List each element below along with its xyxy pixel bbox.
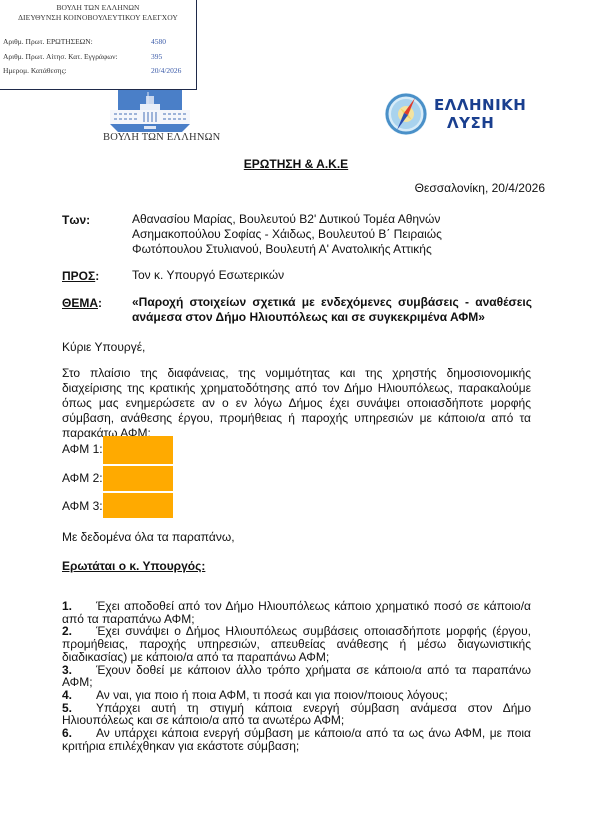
- party-name-line1: ΕΛΛΗΝΙΚΗ: [434, 96, 526, 114]
- stamp-title-line1: ΒΟΥΛΗ ΤΩΝ ΕΛΛΗΝΩΝ: [0, 3, 196, 13]
- afm-label: ΑΦΜ 1:: [62, 442, 103, 456]
- afm-label: ΑΦΜ 3:: [62, 499, 103, 513]
- stamp-value: 4580: [151, 37, 166, 46]
- place-date: Θεσσαλονίκη, 20/4/2026: [415, 181, 545, 195]
- from-line: Αθανασίου Μαρίας, Βουλευτού Β2' Δυτικού …: [132, 212, 442, 227]
- redaction-box: [103, 493, 173, 518]
- intro-paragraph: Στο πλαίσιο της διαφάνειας, της νομιμότη…: [62, 366, 531, 441]
- from-line: Ασημακοπούλου Σοφίας - Χάιδως, Βουλευτού…: [132, 227, 442, 242]
- question-text: Έχουν δοθεί με κάποιον άλλο τρόπο χρήματ…: [62, 663, 531, 690]
- compass-icon: [384, 92, 428, 136]
- stamp-row-documents-no: Αριθμ. Πρωτ. Αίτησ. Κατ. Εγγράφων: 395: [3, 52, 196, 62]
- question-text: Αν υπάρχει κάποια ενεργή σύμβαση με κάπο…: [62, 726, 531, 753]
- parliament-logo-caption: ΒΟΥΛΗ ΤΩΝ ΕΛΛΗΝΩΝ: [103, 132, 233, 143]
- question-item: 5.Υπάρχει αυτή τη στιγμή κάποια ενεργή σ…: [62, 702, 531, 727]
- question-item: 3.Έχουν δοθεί με κάποιον άλλο τρόπο χρήμ…: [62, 664, 531, 689]
- parliament-building-icon: [110, 90, 190, 132]
- question-number: 4.: [62, 689, 96, 702]
- question-item: 2.Έχει συνάψει ο Δήμος Ηλιουπόλεως συμβά…: [62, 625, 531, 663]
- stamp-label: Αριθμ. Πρωτ. Αίτησ. Κατ. Εγγράφων:: [3, 52, 118, 61]
- stamp-title: ΒΟΥΛΗ ΤΩΝ ΕΛΛΗΝΩΝ ΔΙΕΥΘΥΝΣΗ ΚΟΙΝΟΒΟΥΛΕΥΤ…: [0, 0, 196, 23]
- to-label: ΠΡΟΣ:: [62, 269, 99, 283]
- stamp-value: 20/4/2026: [151, 66, 181, 75]
- stamp-value: 395: [151, 52, 162, 61]
- stamp-label: Ημερομ. Κατάθεσης:: [3, 66, 67, 75]
- question-text: Υπάρχει αυτή τη στιγμή κάποια ενεργή σύμ…: [62, 701, 531, 728]
- from-label: Των:: [62, 213, 90, 227]
- question-text: Έχει συνάψει ο Δήμος Ηλιουπόλεως συμβάσε…: [62, 624, 531, 663]
- question-text: Έχει αποδοθεί από τον Δήμο Ηλιουπόλεως κ…: [62, 599, 531, 626]
- to-label-text: ΠΡΟΣ: [62, 269, 95, 283]
- question-item: 6.Αν υπάρχει κάποια ενεργή σύμβαση με κά…: [62, 727, 531, 752]
- salutation: Κύριε Υπουργέ,: [62, 340, 531, 355]
- subject-label-colon: :: [98, 296, 102, 310]
- subject-label: ΘΕΜΑ:: [62, 296, 102, 310]
- party-name-line2: ΛΥΣΗ: [447, 114, 494, 132]
- redaction-box: [103, 466, 173, 491]
- document-title: ΕΡΩΤΗΣΗ & Α.Κ.Ε: [0, 157, 592, 171]
- transition-sentence: Με δεδομένα όλα τα παραπάνω,: [62, 530, 531, 545]
- subject-label-text: ΘΕΜΑ: [62, 296, 98, 310]
- redaction-box: [103, 436, 173, 464]
- question-item: 1.Έχει αποδοθεί από τον Δήμο Ηλιουπόλεως…: [62, 600, 531, 625]
- afm-label: ΑΦΜ 2:: [62, 471, 103, 485]
- stamp-row-questions-no: Αριθμ. Πρωτ. ΕΡΩΤΗΣΕΩΝ: 4580: [3, 37, 196, 47]
- stamp-row-filing-date: Ημερομ. Κατάθεσης: 20/4/2026: [3, 66, 196, 76]
- stamp-title-line2: ΔΙΕΥΘΥΝΣΗ ΚΟΙΝΟΒΟΥΛΕΥΤΙΚΟΥ ΕΛΕΓΧΟΥ: [0, 13, 196, 23]
- registration-stamp: ΒΟΥΛΗ ΤΩΝ ΕΛΛΗΝΩΝ ΔΙΕΥΘΥΝΣΗ ΚΟΙΝΟΒΟΥΛΕΥΤ…: [0, 0, 197, 90]
- from-value: Αθανασίου Μαρίας, Βουλευτού Β2' Δυτικού …: [132, 212, 442, 257]
- subject-value: «Παροχή στοιχείων σχετικά με ενδεχόμενες…: [132, 295, 532, 325]
- stamp-label: Αριθμ. Πρωτ. ΕΡΩΤΗΣΕΩΝ:: [3, 37, 93, 46]
- questions-heading: Ερωτάται ο κ. Υπουργός:: [62, 559, 205, 573]
- from-line: Φωτόπουλου Στυλιανού, Βουλευτή Α' Ανατολ…: [132, 242, 442, 257]
- party-logo: ΕΛΛΗΝΙΚΗ ΛΥΣΗ: [384, 90, 514, 145]
- to-value: Τον κ. Υπουργό Εσωτερικών: [132, 268, 284, 283]
- questions-list: 1.Έχει αποδοθεί από τον Δήμο Ηλιουπόλεως…: [62, 600, 531, 752]
- parliament-logo: ΒΟΥΛΗ ΤΩΝ ΕΛΛΗΝΩΝ: [103, 90, 233, 148]
- to-label-colon: :: [95, 269, 99, 283]
